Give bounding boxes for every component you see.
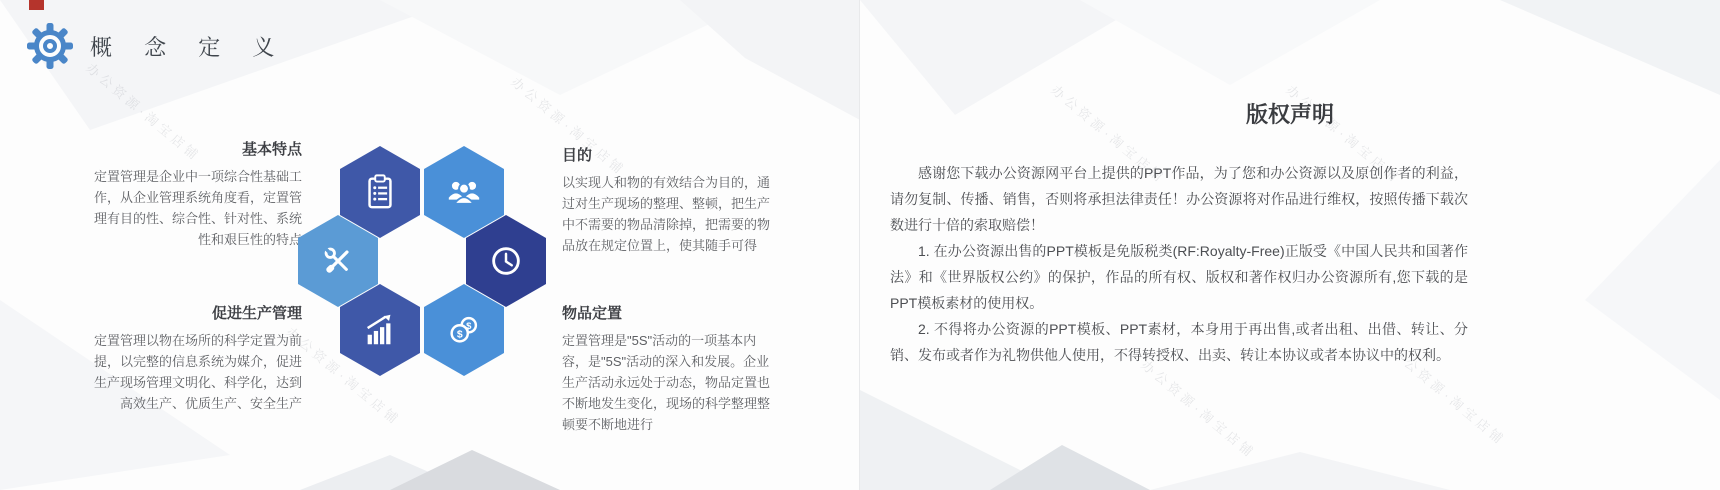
copyright-paragraph: 感谢您下载办公资源网平台上提供的PPT作品，为了您和办公资源以及原创作者的利益，… <box>890 160 1468 238</box>
block-body: 定置管理是"5S"活动的一项基本内容，是"5S"活动的深入和发展。企业生产活动永… <box>562 330 774 435</box>
svg-text:$: $ <box>457 330 463 341</box>
block-promote-production: 促进生产管理 定置管理以物在场所的科学定置为前提，以完整的信息系统为媒介，促进生… <box>84 302 302 414</box>
clipboard-icon <box>361 173 399 211</box>
tools-icon <box>319 242 357 280</box>
coins-icon: $ $ <box>445 311 483 349</box>
slide-header: 概 念 定 义 <box>26 22 287 70</box>
slides-canvas: 办公资源·淘宝店铺 办公资源·淘宝店铺 办公资源·淘宝店铺 办公资源·淘宝店铺 … <box>0 0 1720 490</box>
clock-icon <box>487 242 525 280</box>
block-title: 基本特点 <box>84 138 302 159</box>
slide-concept-definition[interactable]: 概 念 定 义 基本特点 定置管理是企业中一项综合性基础工作，从企业管理系统角度… <box>0 0 860 490</box>
copyright-title: 版权声明 <box>860 98 1720 129</box>
slide-copyright-statement[interactable]: 版权声明 感谢您下载办公资源网平台上提供的PPT作品，为了您和办公资源以及原创作… <box>860 0 1720 490</box>
block-body: 以实现人和物的有效结合为目的，通过对生产现场的整理、整顿，把生产中不需要的物品清… <box>562 172 774 256</box>
block-purpose: 目的 以实现人和物的有效结合为目的，通过对生产现场的整理、整顿，把生产中不需要的… <box>562 144 774 256</box>
block-title: 促进生产管理 <box>84 302 302 323</box>
slide-title: 概 念 定 义 <box>90 31 287 62</box>
gear-icon <box>26 22 74 70</box>
copyright-body: 感谢您下载办公资源网平台上提供的PPT作品，为了您和办公资源以及原创作者的利益，… <box>890 160 1468 368</box>
red-corner-mark <box>29 0 44 10</box>
block-item-placement: 物品定置 定置管理是"5S"活动的一项基本内容，是"5S"活动的深入和发展。企业… <box>562 302 774 435</box>
block-basic-features: 基本特点 定置管理是企业中一项综合性基础工作，从企业管理系统角度看，定置管理有目… <box>84 138 302 250</box>
growth-chart-icon <box>361 311 399 349</box>
block-body: 定置管理以物在场所的科学定置为前提，以完整的信息系统为媒介，促进生产现场管理文明… <box>84 330 302 414</box>
copyright-paragraph: 1. 在办公资源出售的PPT模板是免版税类(RF:Royalty-Free)正版… <box>890 238 1468 316</box>
block-title: 目的 <box>562 144 774 165</box>
team-icon <box>445 173 483 211</box>
block-body: 定置管理是企业中一项综合性基础工作，从企业管理系统角度看，定置管理有目的性、综合… <box>84 166 302 250</box>
block-title: 物品定置 <box>562 302 774 323</box>
copyright-paragraph: 2. 不得将办公资源的PPT模板、PPT素材，本身用于再出售,或者出租、出借、转… <box>890 316 1468 368</box>
